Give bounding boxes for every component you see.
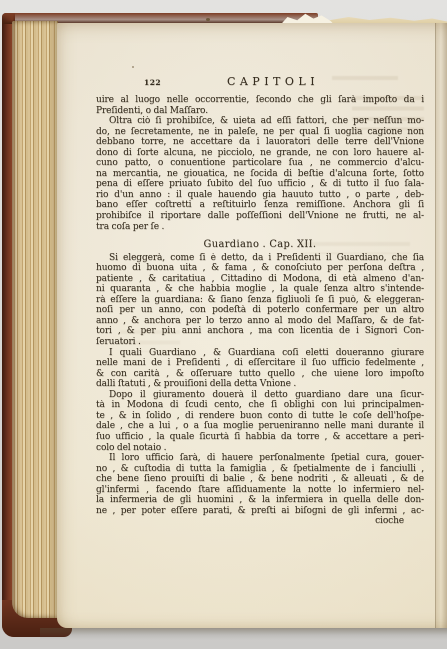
text-line: tra coſa per ſe . [96,222,424,233]
text-line: che bene ſieno prouiſti di balie , & ben… [96,474,424,485]
text-line: ſuo ufficio , la quale ſicurtà ſi habbia… [96,432,424,443]
text-line: Preſidenti, o dal Maſſaro. [96,106,424,117]
text-line: dalli ſtatuti , & prouiſioni della detta… [96,379,424,390]
text-line: colo del notaio . [96,443,424,454]
text-line: rio d'un anno : il quale hauendo gia hau… [96,190,424,201]
text-line: tà in Modona di ſcudi cento, che ſi obli… [96,400,424,411]
text-line: do, ne ſecretamente, ne in paleſe, ne pe… [96,127,424,138]
text-line: debbano torre, ne accettare da i lauorat… [96,137,424,148]
text-line: anno , & anchora per lo terzo anno al mo… [96,316,424,327]
text-line: gl'infermi , facendo ſtare aſſiduamente … [96,485,424,496]
text-line: no , & cuſtodia di tutta la famiglia , &… [96,464,424,475]
text-line: pena di eſſere priuato ſubito del ſuo uf… [96,179,424,190]
text-line: nelle mani de i Preſidenti , di eſſercit… [96,358,424,369]
text-line: Oltra ciò ſi prohibiſce, & uieta ad eſſi… [96,116,424,127]
running-title: CAPITOLI [96,75,424,88]
text-line: la infermeria de gli huomini , & la infe… [96,495,424,506]
text-line: ſeruatori . [96,337,424,348]
text-line: tori , & per piu anni anchora , ma con l… [96,326,424,337]
facing-page-gutter [435,23,447,628]
text-line: & con carità , & oſſeruare tutto quello … [96,369,424,380]
text-line: rà eſſere la guardiana: & ſiano ſenza fi… [96,295,424,306]
paper-speck [132,66,134,68]
text-line: bano eſſer coſtretti a reſtituirlo ſenza… [96,200,424,211]
text-line: patiente , & caritatiua , Cittadino di M… [96,274,424,285]
page-header: 122 CAPITOLI [96,75,424,87]
text-line: Il loro ufficio ſarà, di hauere perſonal… [96,453,424,464]
text-column: 122 CAPITOLI uire al luogo nelle occorre… [96,75,424,527]
text-line: dale , che a lui , o a ſua moglie peruen… [96,421,424,432]
book-photograph: 122 CAPITOLI uire al luogo nelle occorre… [0,0,447,649]
page-shadow [40,628,447,640]
text-line: ne , per poter eſſere parati, & preſti a… [96,506,424,517]
catchword: cioche [96,516,424,527]
text-line: ni quaranta , & che habbia moglie , la q… [96,284,424,295]
text-line: na mercantia, ne giouatica, ne ſocida di… [96,169,424,180]
text-line: Dopo il giuramento douerà il detto guard… [96,390,424,401]
text-line: te , & in ſolido , di rendere buon conto… [96,411,424,422]
text-line: noſi per un anno, con podeſtà di poterlo… [96,305,424,316]
chapter-heading: Guardiano . Cap. XII. [96,240,424,251]
text-line: Si eleggerà, come ſi è detto, da i Preſi… [96,253,424,264]
text-line: dono di ſorte alcuna, ne picciolo, ne gr… [96,148,424,159]
paper-speck [206,18,210,21]
text-line: uire al luogo nelle occorrentie, ſecondo… [96,95,424,106]
text-line: I quali Guardiano , & Guardiana coſi ele… [96,348,424,359]
text-line: prohibiſce il riportare dalle poſſeſſion… [96,211,424,222]
text-line: cuno patto, o conuentione particolare ſu… [96,158,424,169]
text-line: huomo di buona uita , & fama , & conoſci… [96,263,424,274]
page-fore-edges [12,21,58,618]
body-text: uire al luogo nelle occorrentie, ſecondo… [96,95,424,527]
